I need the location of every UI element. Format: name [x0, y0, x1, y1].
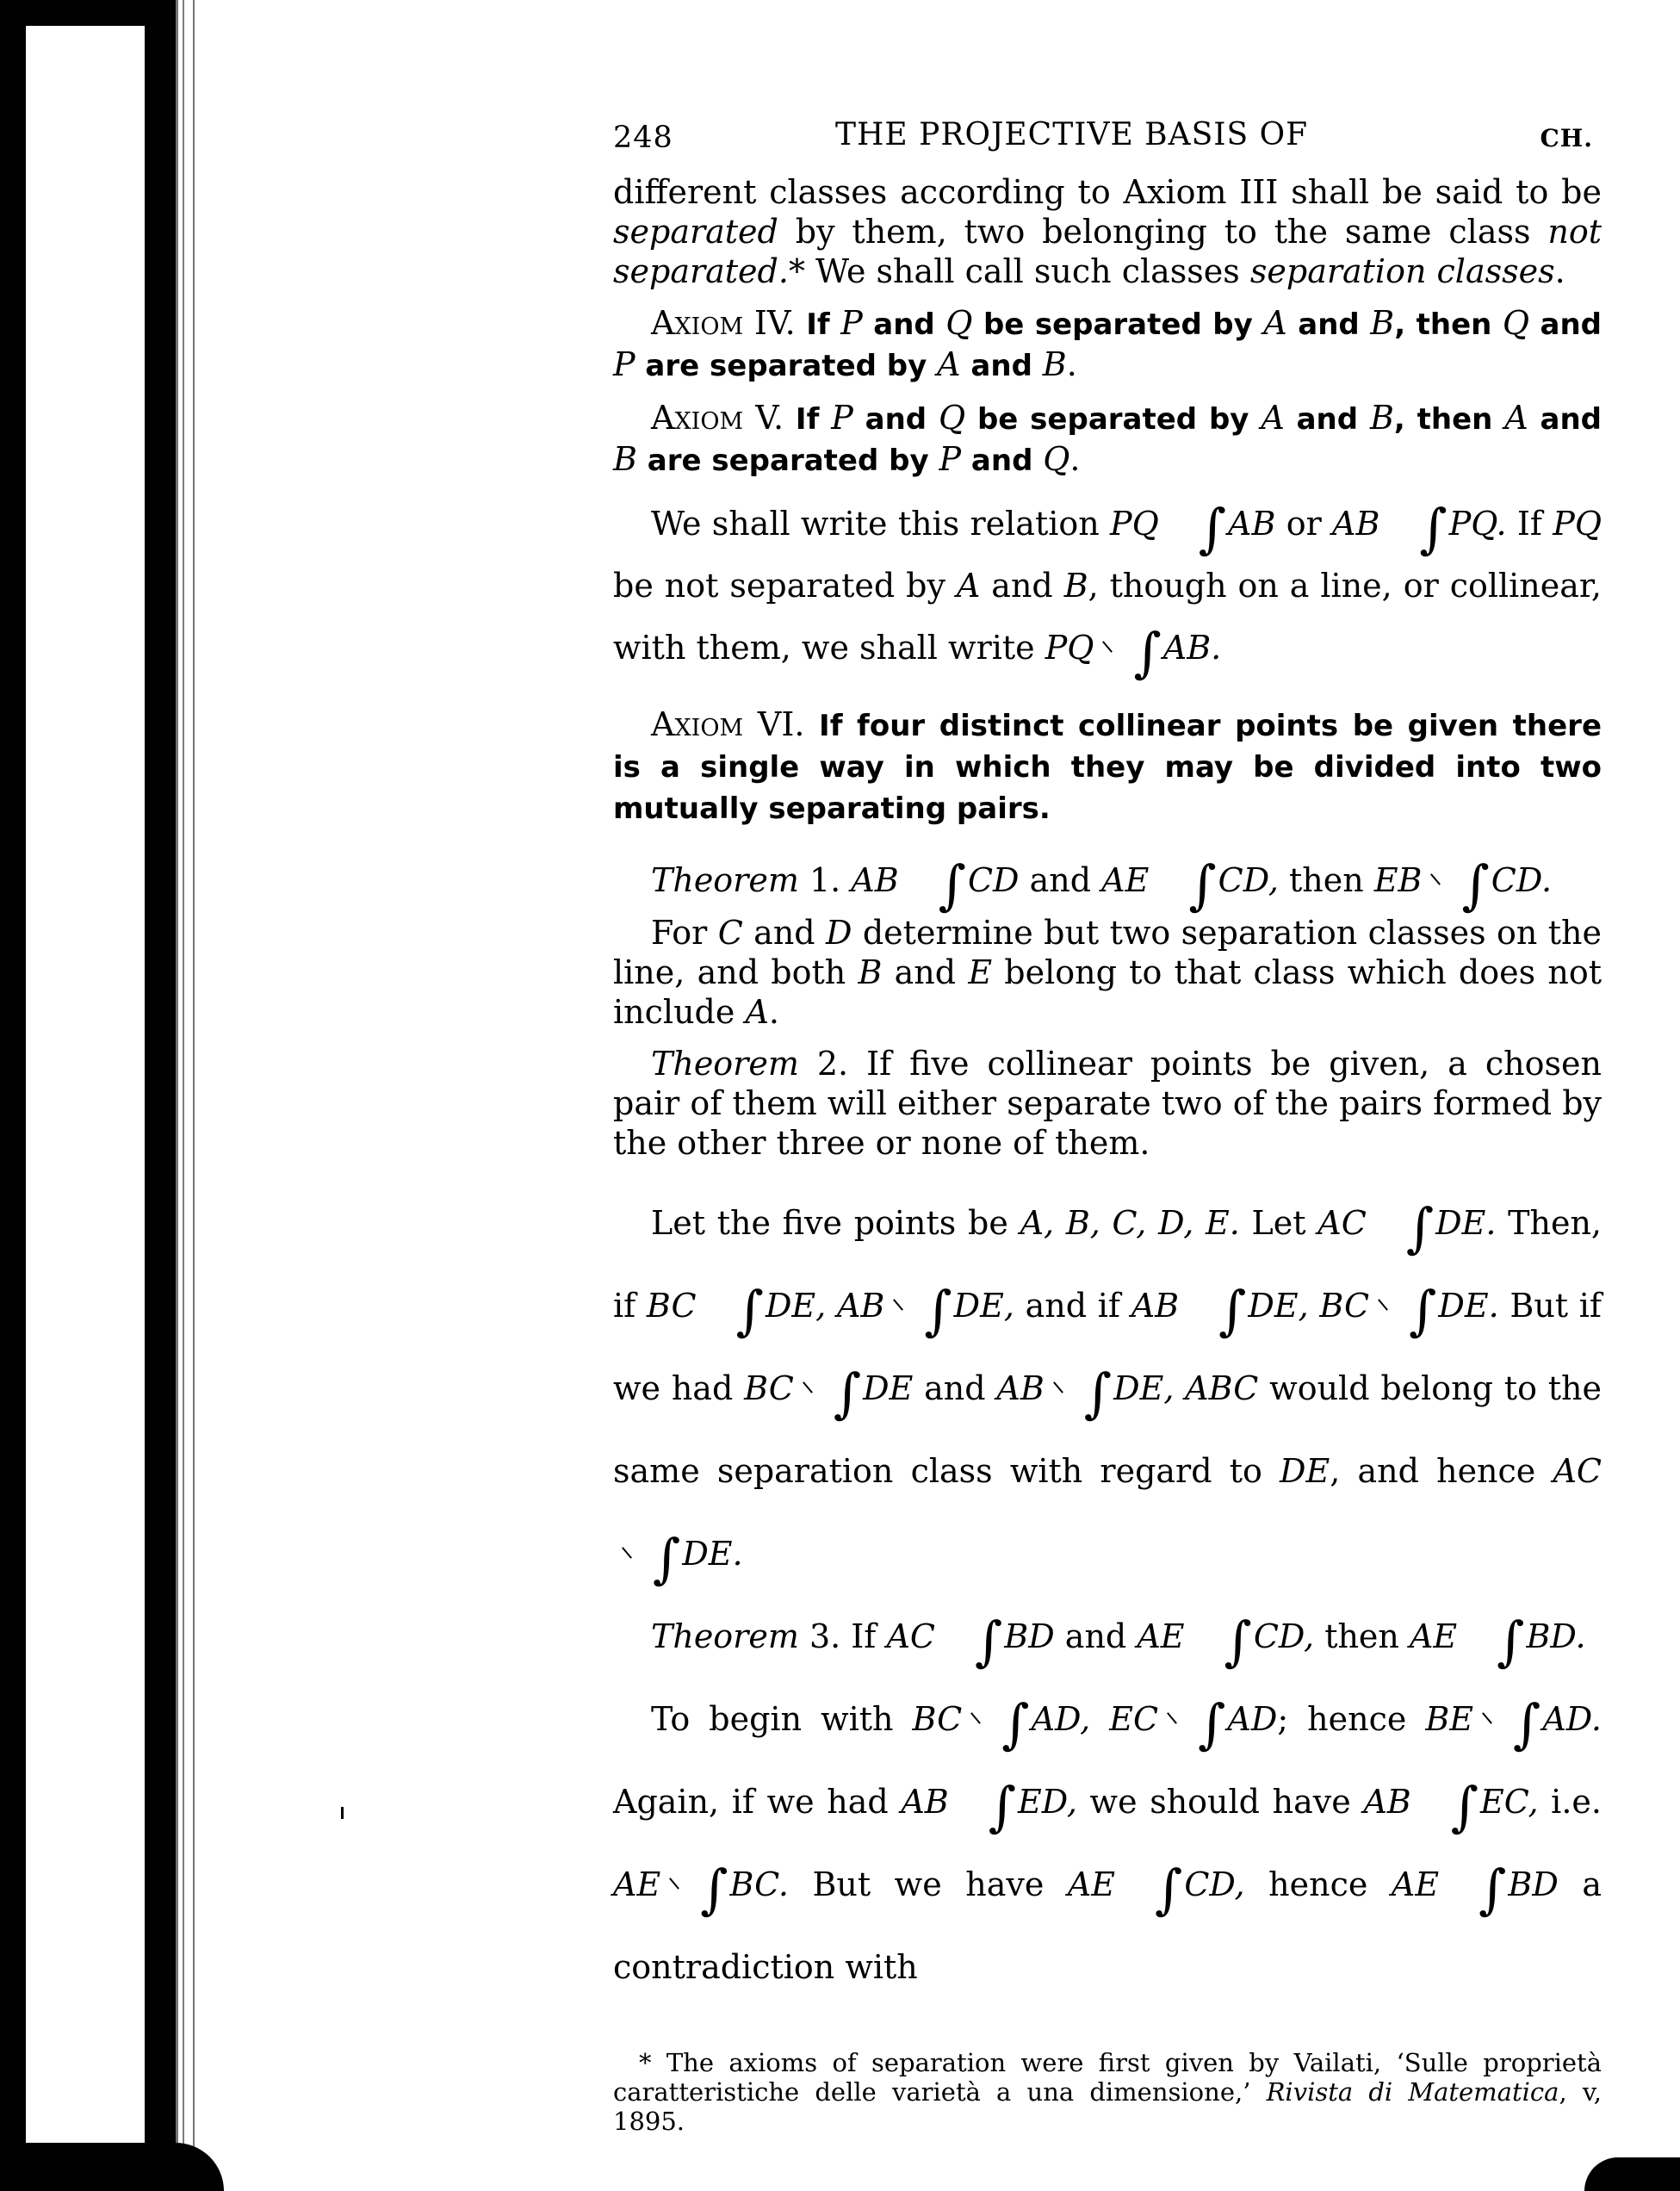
separation-symbol: ∫ — [698, 1294, 764, 1328]
not-separated-symbol: ∫ — [796, 1376, 861, 1411]
separation-symbol: ∫ — [1187, 1624, 1252, 1659]
not-separated-symbol: ∫ — [1046, 1376, 1112, 1411]
not-separated-symbol: ∫ — [964, 1707, 1029, 1741]
gutter-texture — [176, 0, 227, 2191]
separation-symbol: ∫ — [1441, 1872, 1506, 1907]
proof-theorem-3: To begin with BC∫AD, EC∫AD; hence BE∫AD.… — [613, 1678, 1602, 2008]
scan-edge-left — [0, 0, 26, 2191]
axiom-vi: Axiom VI. If four distinct collinear poi… — [613, 704, 1602, 829]
scan-corner-bottom-left — [0, 2143, 224, 2191]
text-block: 248 THE PROJECTIVE BASIS OF CH. differen… — [613, 121, 1602, 2136]
paragraph-separation-classes: different classes according to Axiom III… — [613, 172, 1602, 291]
axiom-iv: Axiom IV. If P and Q be separated by A a… — [613, 303, 1602, 386]
theorem-1: Theorem 1. AB∫CD and AE∫CD, then EB∫CD. — [613, 847, 1602, 913]
axiom-label: Axiom V. — [651, 399, 784, 437]
proof-theorem-1: For C and D determine but two separation… — [613, 913, 1602, 1032]
separation-symbol: ∫ — [951, 1790, 1016, 1824]
journal-title: Rivista di Matematica — [1267, 2077, 1559, 2107]
separation-symbol: ∫ — [901, 868, 966, 903]
separation-symbol: ∫ — [1181, 1294, 1246, 1328]
not-separated-symbol: ∫ — [1423, 868, 1489, 903]
running-head: 248 THE PROJECTIVE BASIS OF CH. — [613, 121, 1602, 172]
page-number: 248 — [613, 121, 673, 155]
separation-symbol: ∫ — [1413, 1790, 1479, 1824]
scan-edge-top — [0, 0, 146, 26]
book-spine-shadow — [145, 0, 176, 2191]
not-separated-symbol: ∫ — [886, 1294, 952, 1328]
scan-corner-bottom-right — [1584, 2157, 1680, 2191]
axiom-label: Axiom IV. — [651, 304, 796, 342]
axiom-v: Axiom V. If P and Q be separated by A an… — [613, 398, 1602, 481]
separation-symbol: ∫ — [1161, 512, 1226, 546]
theorem-3: Theorem 3. If AC∫BD and AE∫CD, then AE∫B… — [613, 1595, 1602, 1678]
separation-symbol: ∫ — [1381, 512, 1447, 546]
stray-ink-mark — [341, 1807, 344, 1819]
not-separated-symbol: ∫ — [1371, 1294, 1436, 1328]
not-separated-symbol: ∫ — [1095, 636, 1161, 670]
chapter-abbrev: CH. — [1541, 124, 1594, 152]
running-title: THE PROJECTIVE BASIS OF — [835, 117, 1308, 152]
separation-symbol: ∫ — [937, 1624, 1002, 1659]
separation-symbol: ∫ — [1459, 1624, 1524, 1659]
axiom-label: Axiom VI. — [651, 705, 804, 743]
notation-paragraph: We shall write this relation PQ∫AB or AB… — [613, 493, 1602, 679]
not-separated-symbol: ∫ — [1160, 1707, 1225, 1741]
not-separated-symbol: ∫ — [615, 1542, 680, 1576]
footnote: * The axioms of separation were first gi… — [613, 2048, 1602, 2136]
not-separated-symbol: ∫ — [1475, 1707, 1541, 1741]
separation-symbol: ∫ — [1150, 868, 1216, 903]
not-separated-symbol: ∫ — [662, 1872, 728, 1907]
separation-symbol: ∫ — [1117, 1872, 1182, 1907]
theorem-2: Theorem 2. If five collinear points be g… — [613, 1044, 1602, 1163]
proof-theorem-2: Let the five points be A, B, C, D, E. Le… — [613, 1182, 1602, 1595]
facing-page-edge — [26, 26, 145, 2191]
separation-symbol: ∫ — [1368, 1211, 1434, 1245]
